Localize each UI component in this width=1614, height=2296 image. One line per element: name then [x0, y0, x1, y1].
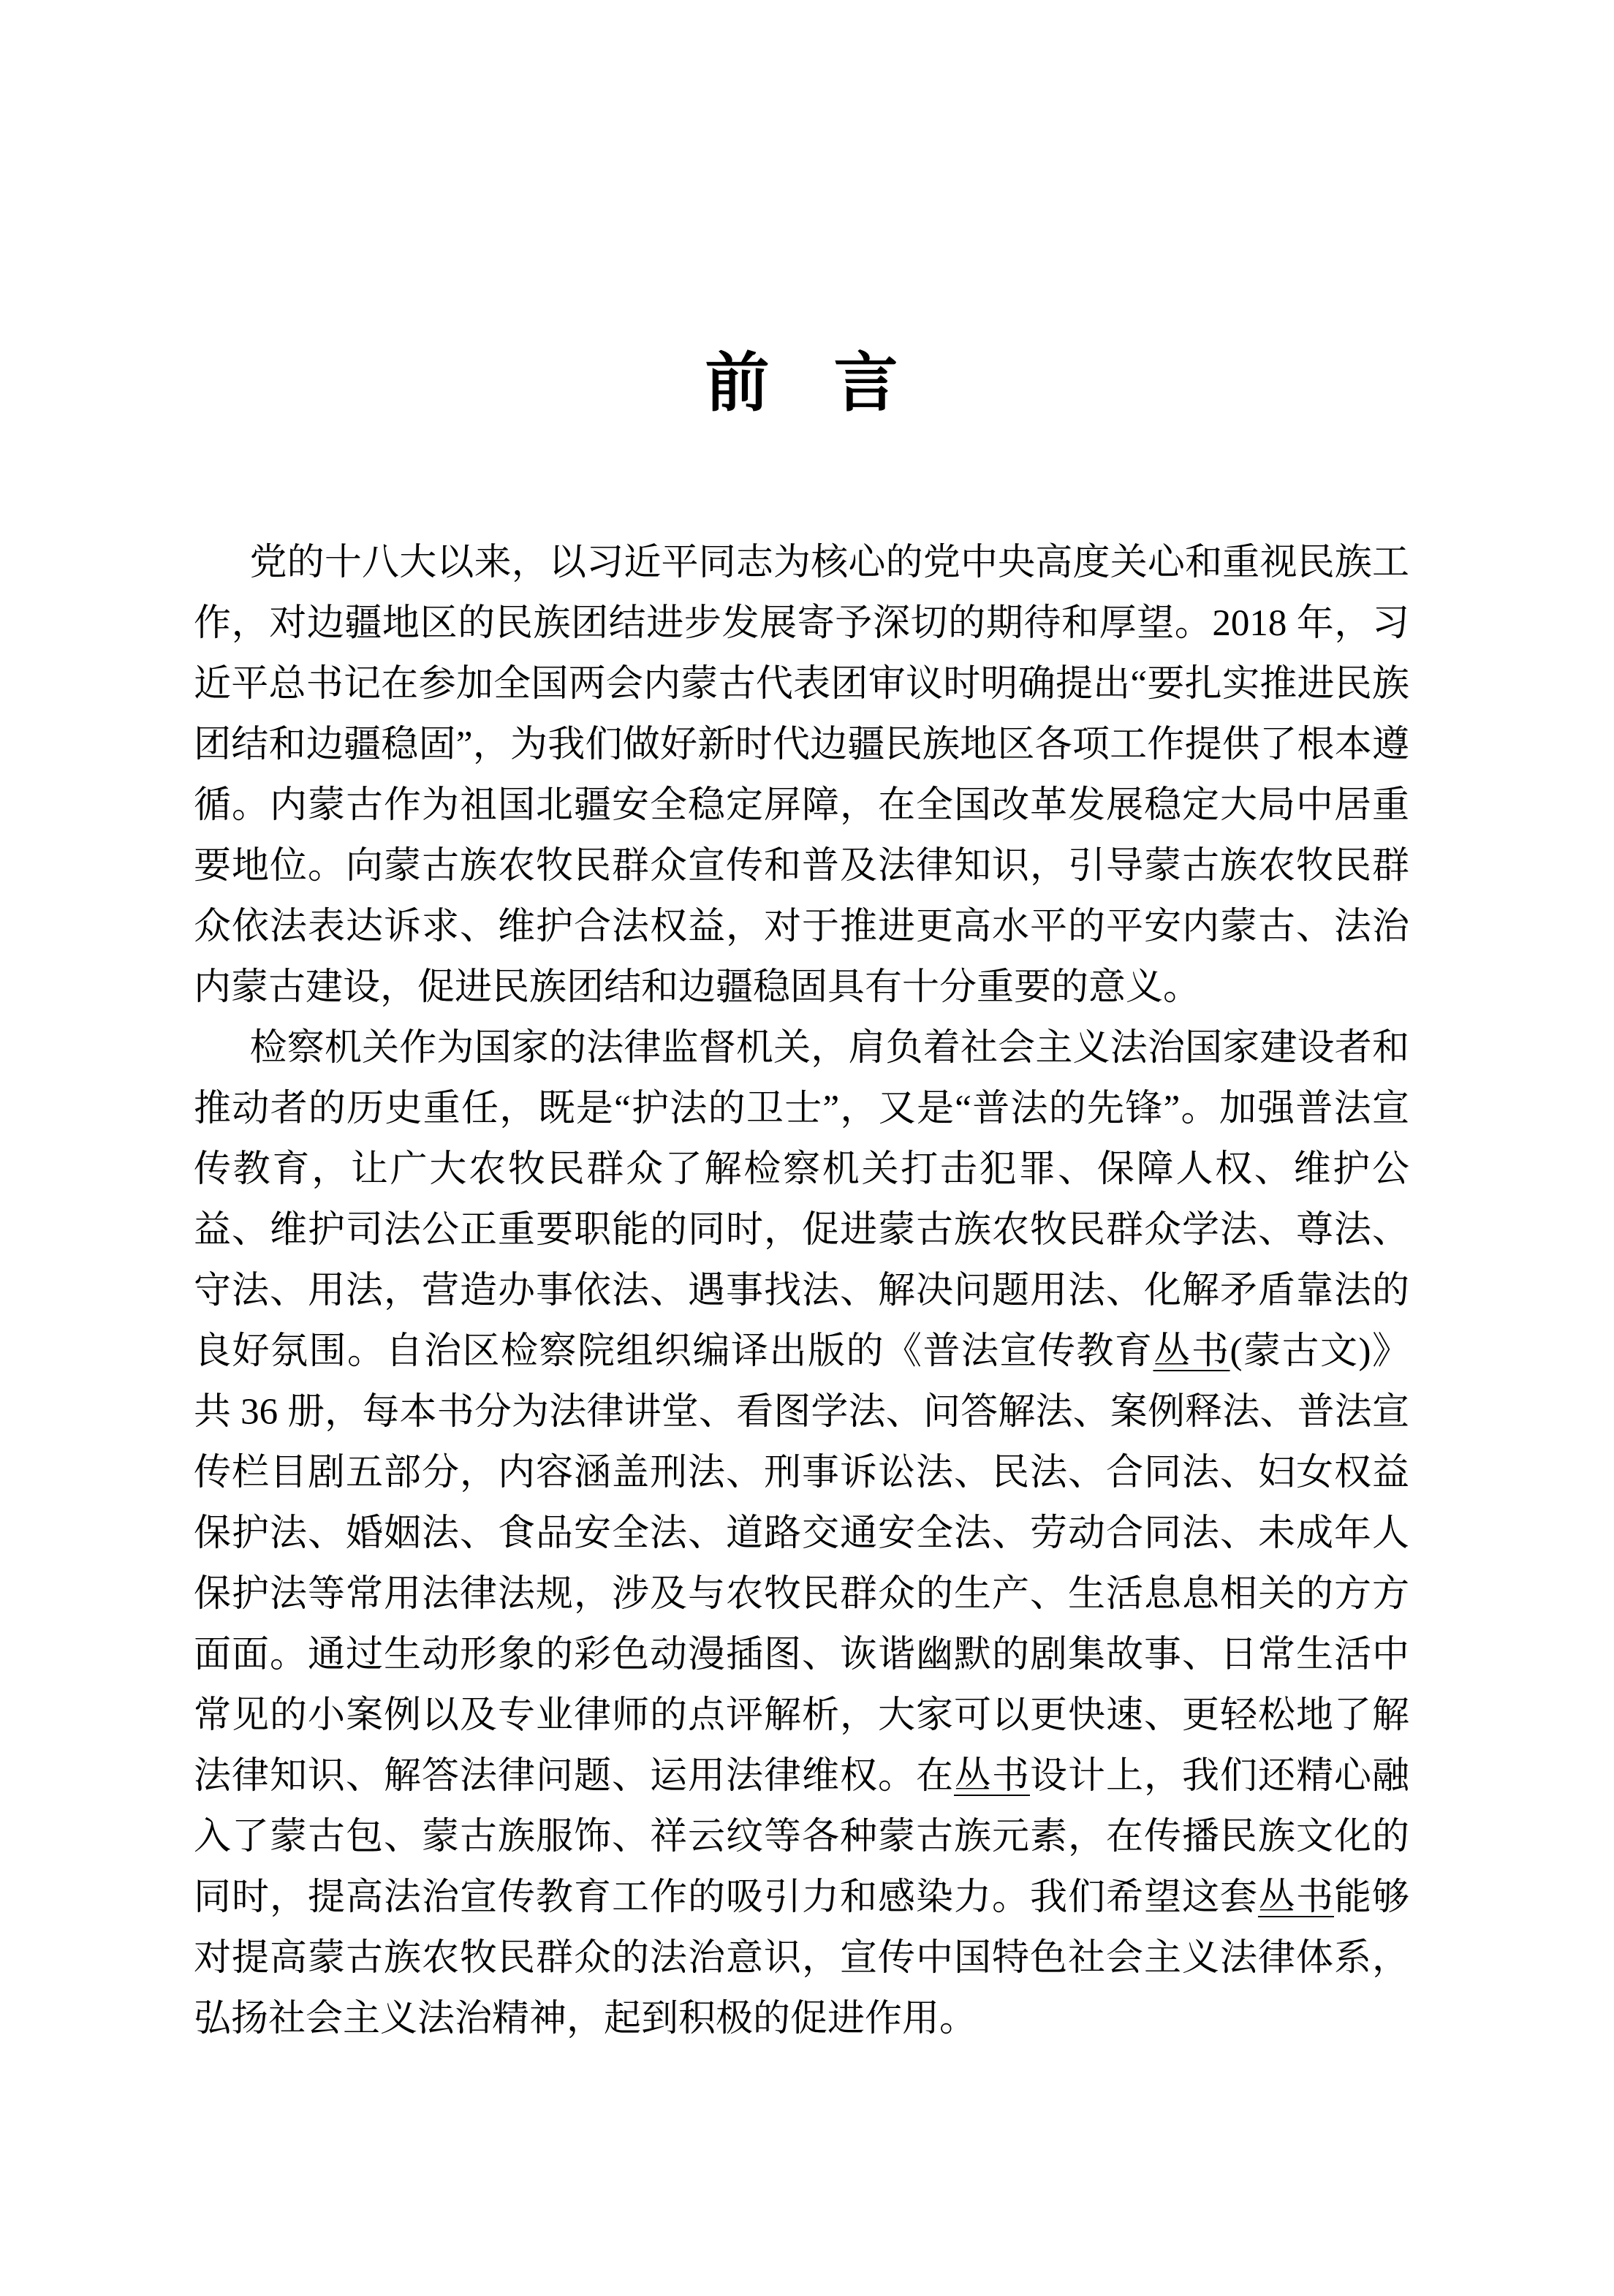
underlined-term: 丛书	[1258, 1877, 1334, 1918]
preface-paragraph: 党的十八大以来，以习近平同志为核心的党中央高度关心和重视民族工作，对边疆地区的民…	[194, 533, 1409, 1018]
page-title: 前 言	[194, 349, 1409, 420]
text-segment: (蒙古文)》共 36 册，每本书分为法律讲堂、看图学法、问答解法、案例释法、普法…	[194, 1331, 1409, 1797]
document-page: 前 言 党的十八大以来，以习近平同志为核心的党中央高度关心和重视民族工作，对边疆…	[0, 0, 1614, 2296]
underlined-term: 丛书	[1153, 1331, 1230, 1372]
preface-body: 党的十八大以来，以习近平同志为核心的党中央高度关心和重视民族工作，对边疆地区的民…	[194, 533, 1409, 2050]
preface-paragraph: 检察机关作为国家的法律监督机关，肩负着社会主义法治国家建设者和推动者的历史重任，…	[194, 1018, 1409, 2050]
text-segment: 检察机关作为国家的法律监督机关，肩负着社会主义法治国家建设者和推动者的历史重任，…	[194, 1028, 1409, 1372]
text-segment: 党的十八大以来，以习近平同志为核心的党中央高度关心和重视民族工作，对边疆地区的民…	[194, 542, 1409, 1008]
underlined-term: 丛书	[954, 1756, 1030, 1797]
